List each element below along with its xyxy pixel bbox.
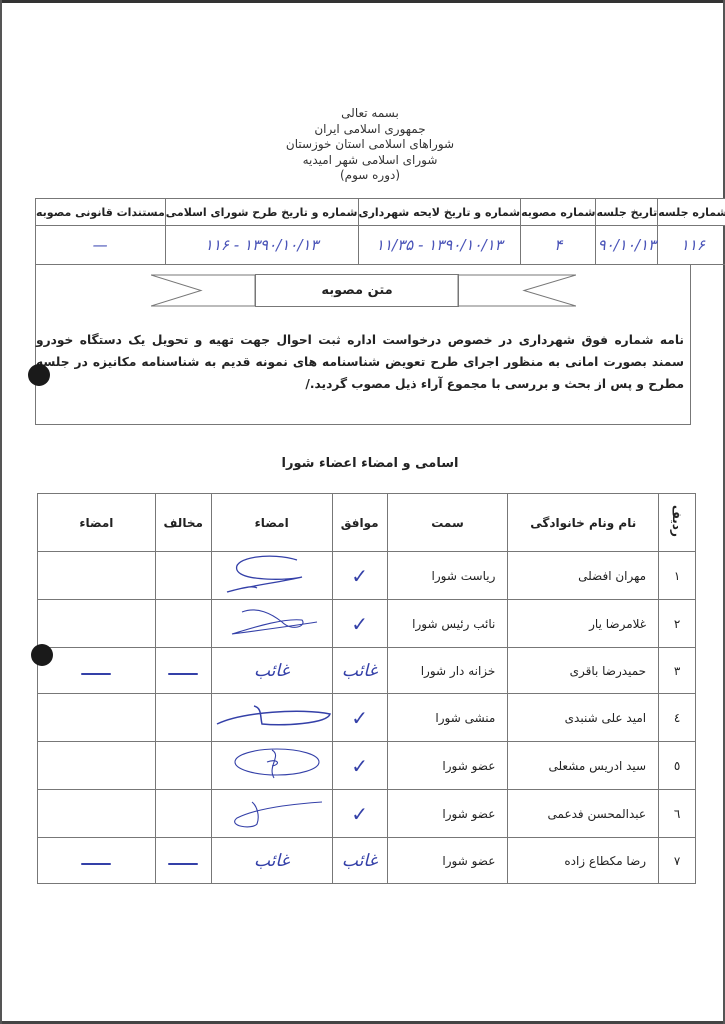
meta-header-plan-number-date: شماره و تاریخ طرح شورای اسلامی: [165, 199, 358, 226]
header-line-bismillah: بسمه تعالی: [250, 106, 490, 122]
member-role: عضو شورا: [387, 838, 508, 884]
member-role: عضو شورا: [387, 790, 508, 838]
member-name: سید ادریس مشعلی: [508, 742, 659, 790]
member-number: ۳: [659, 648, 696, 694]
absent-mark: غائب: [342, 661, 378, 681]
member-oppose: [155, 694, 211, 742]
header-line-term: (دوره سوم): [250, 168, 490, 184]
scan-border-left: [0, 0, 2, 1024]
member-number: ۲: [659, 600, 696, 648]
header-line-city-council: شورای اسلامی شهر امیدیه: [250, 153, 490, 169]
resolution-body-text: نامه شماره فوق شهرداری در خصوص درخواست ا…: [36, 329, 684, 395]
member-row: ۲ غلامرضا یار نائب رئیس شورا ✓: [38, 600, 696, 648]
members-table: ردیف نام ونام خانوادگی سمت موافق امضاء م…: [37, 493, 696, 884]
meta-header-row: شماره جلسه تاریخ جلسه شماره مصوبه شماره …: [36, 199, 725, 226]
member-oppose: [155, 838, 211, 884]
document-header: بسمه تعالی جمهوری اسلامی ایران شوراهای ا…: [250, 106, 490, 184]
member-row: ۱ مهران افضلی ریاست شورا ✓: [38, 552, 696, 600]
meta-header-session-date: تاریخ جلسه: [596, 199, 658, 226]
member-name: مهران افضلی: [508, 552, 659, 600]
members-header-signature: امضاء: [211, 494, 332, 552]
members-section-title: اسامی و امضاء اعضاء شورا: [270, 456, 470, 471]
members-header-agree: موافق: [332, 494, 387, 552]
signature-icon: [212, 742, 332, 786]
resolution-text-box: متن مصوبه نامه شماره فوق شهرداری در خصوص…: [35, 265, 691, 425]
member-number: ٦: [659, 790, 696, 838]
meta-value-session-date: ۹۰/۱۰/۱۳: [596, 226, 658, 265]
member-role: خزانه دار شورا: [387, 648, 508, 694]
meta-value-row: ۱۱۶ ۹۰/۱۰/۱۳ ۴ ۱۳۹۰/۱۰/۱۳ - ۱۱/۳۵ ۱۳۹۰/۱…: [36, 226, 725, 265]
agree-check-icon: ✓: [351, 754, 368, 778]
member-role: منشی شورا: [387, 694, 508, 742]
absent-mark: غائب: [342, 851, 378, 871]
agree-check-icon: ✓: [351, 612, 368, 636]
members-header-row-number: ردیف: [659, 494, 696, 552]
meta-value-session-number: ۱۱۶: [658, 226, 725, 265]
meta-header-bill-number-date: شماره و تاریخ لایحه شهرداری: [358, 199, 521, 226]
scan-border-top: [0, 0, 725, 3]
absent-mark: غائب: [254, 851, 290, 871]
member-signature-2: [38, 742, 156, 790]
members-header-signature-2: امضاء: [38, 494, 156, 552]
member-role: نائب رئیس شورا: [387, 600, 508, 648]
member-number: ۱: [659, 552, 696, 600]
member-number: ۷: [659, 838, 696, 884]
dash-mark: [81, 673, 111, 675]
agree-check-icon: ✓: [351, 802, 368, 826]
member-row: ٦ عبدالمحسن فدعمی عضو شورا ✓: [38, 790, 696, 838]
members-header-oppose: مخالف: [155, 494, 211, 552]
signature-icon: [212, 790, 332, 834]
dash-mark: [81, 863, 111, 865]
meta-header-legal-basis: مستندات قانونی مصوبه: [36, 199, 166, 226]
member-signature: [211, 552, 332, 600]
member-signature-2: [38, 838, 156, 884]
meta-value-bill-number-date: ۱۳۹۰/۱۰/۱۳ - ۱۱/۳۵: [358, 226, 521, 265]
member-name: رضا مکطاع زاده: [508, 838, 659, 884]
header-line-province-councils: شوراهای اسلامی استان خوزستان: [250, 137, 490, 153]
member-signature: [211, 600, 332, 648]
resolution-banner-title: متن مصوبه: [255, 274, 459, 307]
dash-mark: [168, 673, 198, 675]
absent-mark: غائب: [254, 661, 290, 681]
member-signature-2: [38, 600, 156, 648]
member-signature: [211, 742, 332, 790]
member-name: امید علی شنبدی: [508, 694, 659, 742]
member-name: حمیدرضا باقری: [508, 648, 659, 694]
member-signature: غائب: [211, 648, 332, 694]
agree-check-icon: ✓: [351, 706, 368, 730]
member-name: عبدالمحسن فدعمی: [508, 790, 659, 838]
member-oppose: [155, 600, 211, 648]
member-oppose: [155, 552, 211, 600]
member-row: ۷ رضا مکطاع زاده عضو شورا غائب غائب: [38, 838, 696, 884]
member-signature: غائب: [211, 838, 332, 884]
member-row: ٥ سید ادریس مشعلی عضو شورا ✓: [38, 742, 696, 790]
meta-header-session-number: شماره جلسه: [658, 199, 725, 226]
agree-check-icon: ✓: [351, 564, 368, 588]
member-oppose: [155, 648, 211, 694]
meta-value-legal-basis: —: [36, 226, 166, 265]
member-signature-2: [38, 790, 156, 838]
member-number: ٤: [659, 694, 696, 742]
member-oppose: [155, 790, 211, 838]
member-row: ۳ حمیدرضا باقری خزانه دار شورا غائب غائب: [38, 648, 696, 694]
member-oppose: [155, 742, 211, 790]
member-role: ریاست شورا: [387, 552, 508, 600]
member-signature-2: [38, 648, 156, 694]
member-name: غلامرضا یار: [508, 600, 659, 648]
signature-icon: [212, 694, 332, 738]
member-signature: [211, 694, 332, 742]
members-header-role: سمت: [387, 494, 508, 552]
members-header-name: نام ونام خانوادگی: [508, 494, 659, 552]
meta-value-resolution-number: ۴: [521, 226, 596, 265]
meta-value-plan-number-date: ۱۳۹۰/۱۰/۱۳ - ۱۱۶: [165, 226, 358, 265]
members-header-row: ردیف نام ونام خانوادگی سمت موافق امضاء م…: [38, 494, 696, 552]
binder-hole-mark: [28, 364, 50, 386]
member-signature-2: [38, 694, 156, 742]
meta-header-resolution-number: شماره مصوبه: [521, 199, 596, 226]
member-number: ٥: [659, 742, 696, 790]
member-row: ٤ امید علی شنبدی منشی شورا ✓: [38, 694, 696, 742]
member-signature-2: [38, 552, 156, 600]
header-line-republic: جمهوری اسلامی ایران: [250, 122, 490, 138]
signature-icon: [212, 600, 332, 644]
member-role: عضو شورا: [387, 742, 508, 790]
binder-hole-mark: [31, 644, 53, 666]
signature-icon: [212, 552, 332, 596]
member-signature: [211, 790, 332, 838]
dash-mark: [168, 863, 198, 865]
resolution-banner: متن مصوبه: [151, 274, 576, 307]
resolution-meta-table: شماره جلسه تاریخ جلسه شماره مصوبه شماره …: [35, 198, 725, 265]
